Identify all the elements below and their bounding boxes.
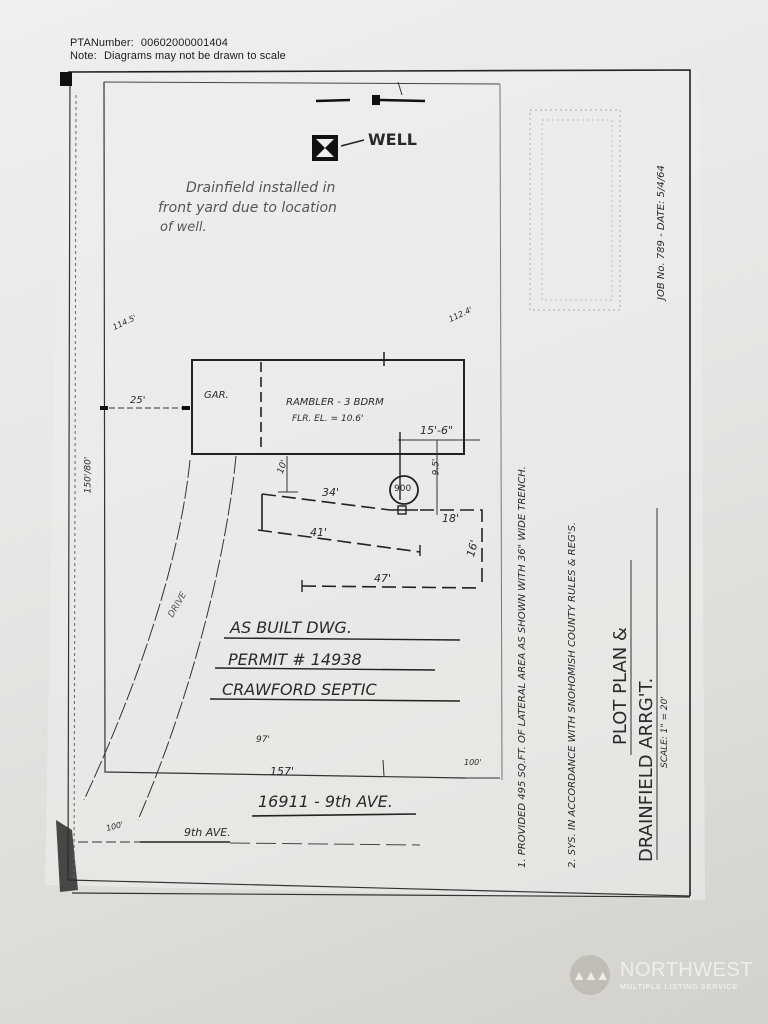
- permit-label: PERMIT # 14938: [228, 650, 362, 669]
- garage-label: GAR.: [204, 390, 229, 401]
- drainfield-title: DRAINFIELD ARRG'T.: [636, 678, 657, 862]
- drainfield-note-line-3: of well.: [160, 220, 207, 235]
- dim-house-offset: 15'-6": [420, 424, 453, 437]
- dim-trench-3: 47': [374, 572, 391, 585]
- plot-plan-title: PLOT PLAN &: [610, 627, 631, 745]
- floor-elevation: FLR. EL. = 10.6': [292, 414, 364, 424]
- rambler-label: RAMBLER - 3 BDRM: [286, 397, 384, 408]
- street-label: 9th AVE.: [184, 826, 231, 839]
- drainfield-note-line-2: front yard due to location: [158, 200, 337, 216]
- watermark-name: NORTHWEST: [620, 960, 753, 980]
- tank-label: 900: [394, 484, 411, 494]
- note-2: 2. SYS. IN ACCORDANCE WITH SNOHOMISH COU…: [566, 508, 579, 868]
- installer-label: CRAWFORD SEPTIC: [222, 680, 377, 699]
- note-1-text: 1. PROVIDED 495 SQ.FT. OF LATERAL AREA A…: [517, 466, 528, 868]
- address-label: 16911 - 9th AVE.: [258, 792, 393, 811]
- dim-tank-distance: 9.5': [431, 459, 441, 476]
- dim-trench-1: 34': [322, 486, 339, 499]
- well-label: WELL: [368, 130, 417, 149]
- dim-trench-2: 41': [310, 526, 327, 539]
- elev-bottom: 97': [256, 735, 270, 745]
- nwmls-watermark: ▲▲▲ NORTHWEST MULTIPLE LISTING SERVICE: [570, 955, 753, 995]
- trees-icon: ▲▲▲: [570, 955, 610, 995]
- as-built-label: AS BUILT DWG.: [230, 618, 352, 637]
- note-2-text: 2. SYS. IN ACCORDANCE WITH SNOHOMISH COU…: [567, 522, 578, 868]
- drainfield-note-line-1: Drainfield installed in: [186, 180, 335, 196]
- job-info: JOB No. 789 - DATE: 5/4/64: [656, 165, 667, 300]
- side-dimension: 150'/80': [83, 457, 93, 494]
- scale-label: SCALE: 1" = 20': [660, 696, 670, 768]
- site-plan-drawing: [0, 0, 768, 1024]
- dim-trench-end: 18': [442, 512, 459, 525]
- dim-lot-depth: 157': [270, 765, 294, 778]
- dim-setback-side: 25': [130, 395, 145, 406]
- note-1: 1. PROVIDED 495 SQ.FT. OF LATERAL AREA A…: [516, 448, 529, 868]
- watermark-subtitle: MULTIPLE LISTING SERVICE: [620, 982, 753, 991]
- dim-lot-width-right: 100': [464, 758, 481, 767]
